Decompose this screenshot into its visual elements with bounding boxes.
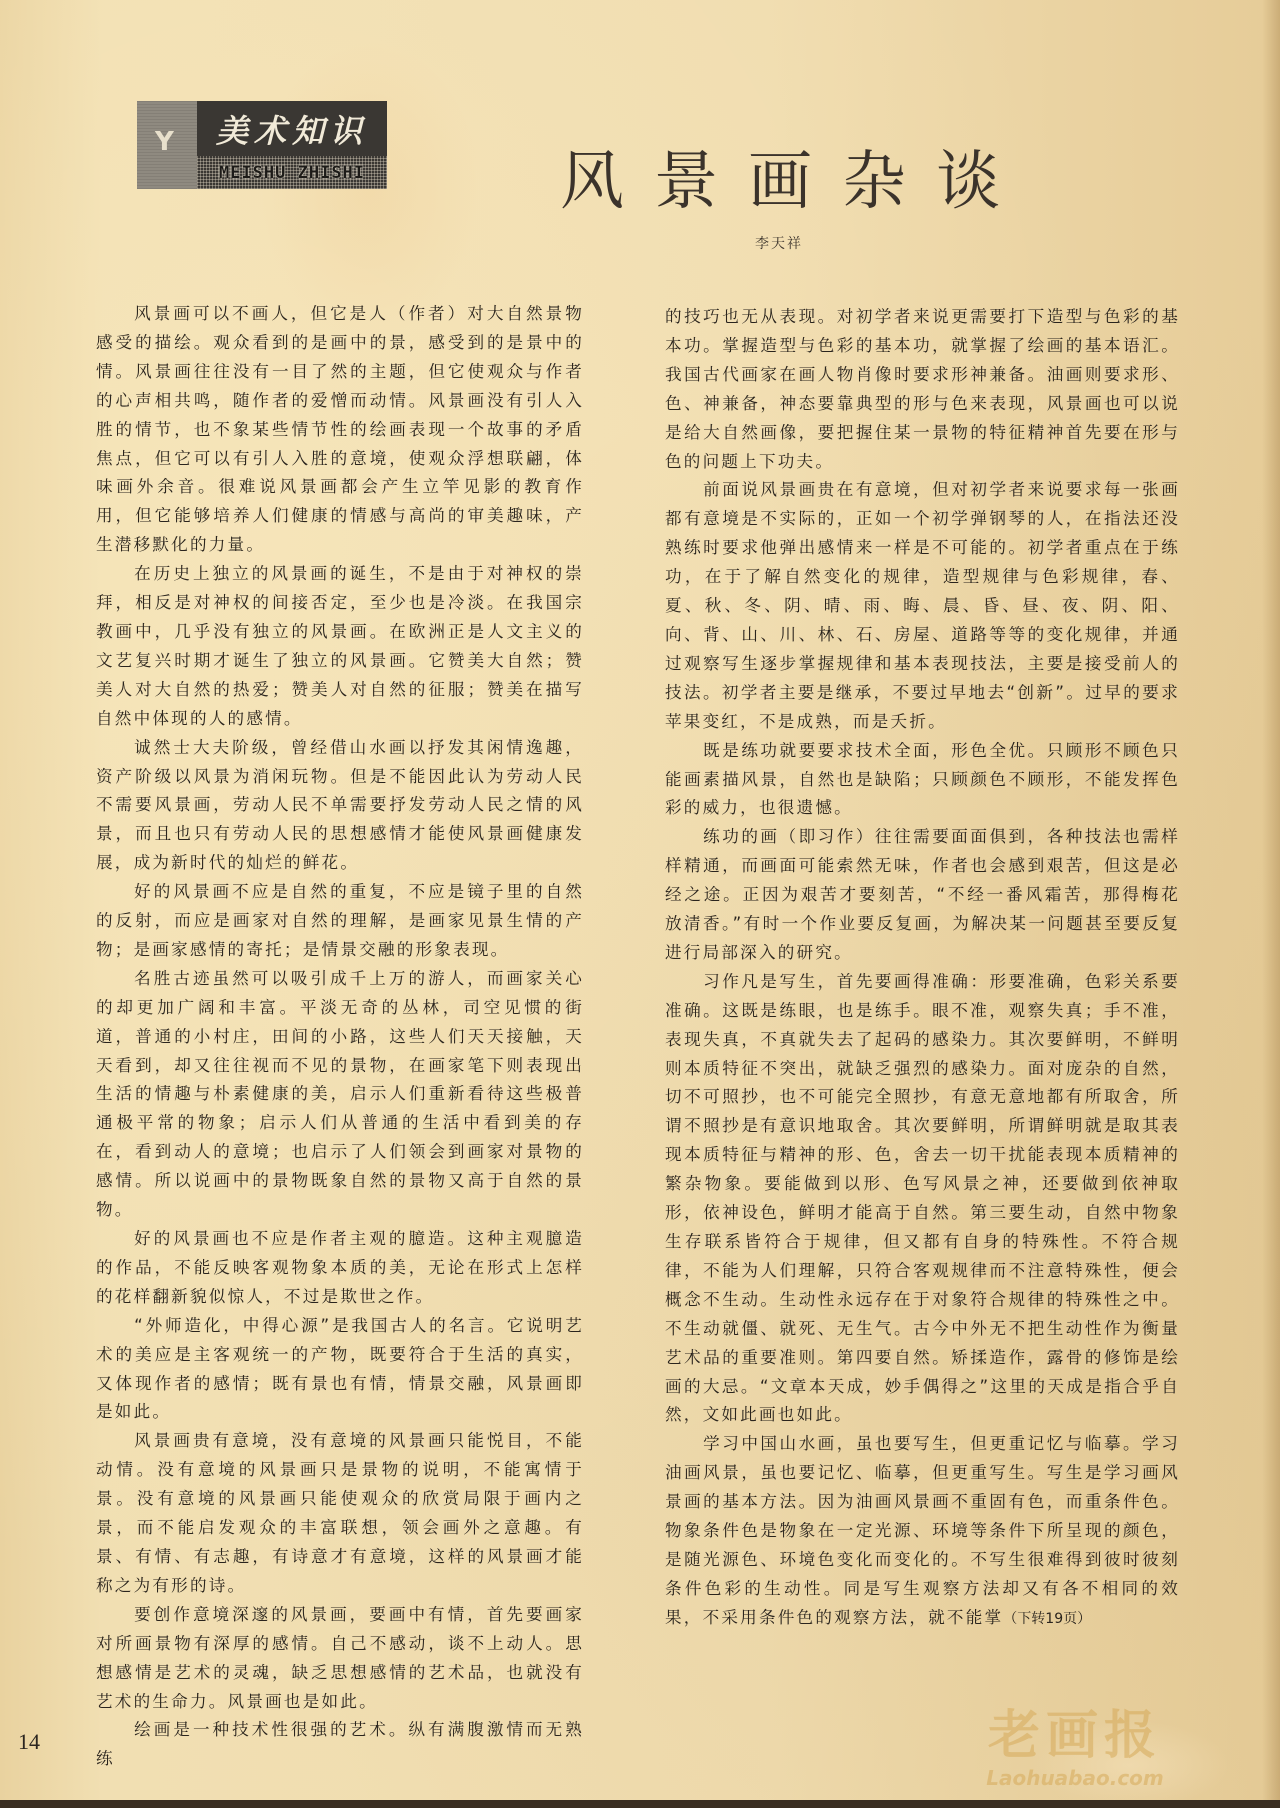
watermark-logo-text: 老画报 — [955, 1706, 1195, 1766]
y-shaped-emblem-icon: Y — [155, 127, 174, 157]
right-column: 的技巧也无从表现。对初学者来说更需要打下造型与色彩的基本功。掌握造型与色彩的基本… — [665, 303, 1180, 1634]
paper-stain — [260, 40, 480, 340]
paragraph: 在历史上独立的风景画的诞生，不是由于对神权的崇拜，相反是对神权的间接否定，至少也… — [96, 560, 584, 733]
logo-emblem: Y — [137, 101, 197, 189]
paragraph: “外师造化，中得心源”是我国古人的名言。它说明艺术的美应是主客观统一的产物，既要… — [96, 1312, 584, 1428]
paragraph: 练功的画（即习作）往往需要面面俱到，各种技法也需样样精通，而画面可能索然无味，作… — [665, 823, 1180, 968]
paragraph: 绘画是一种技术性很强的艺术。纵有满腹激情而无熟练 — [96, 1716, 584, 1774]
paragraph: 的技巧也无从表现。对初学者来说更需要打下造型与色彩的基本功。掌握造型与色彩的基本… — [665, 303, 1180, 476]
paragraph: 诚然士大夫阶级，曾经借山水画以抒发其闲情逸趣，资产阶级以风景为消闲玩物。但是不能… — [96, 734, 584, 879]
paragraph: 学习中国山水画，虽也要写生，但更重记忆与临摹。学习油画风景，虽也要记忆、临摹，但… — [665, 1430, 1180, 1633]
page-number: 14 — [18, 1729, 40, 1755]
paragraph: 风景画可以不画人，但它是人（作者）对大自然景物感受的描绘。观众看到的是画中的景，… — [96, 300, 584, 560]
paragraph: 习作凡是写生，首先要画得准确：形要准确，色彩关系要准确。这既是练眼，也是练手。眼… — [665, 968, 1180, 1431]
article-title: 风景画杂谈 — [560, 130, 1030, 222]
paragraph: 好的风景画也不应是作者主观的臆造。这种主观臆造的作品，不能反映客观物象本质的美，… — [96, 1225, 584, 1312]
paragraph: 好的风景画不应是自然的重复，不应是镜子里的自然的反射，而应是画家对自然的理解，是… — [96, 878, 584, 965]
continuation-note: （下转19页） — [1003, 1611, 1091, 1627]
page-bottom-edge — [0, 1800, 1280, 1808]
paragraph: 前面说风景画贵在有意境，但对初学者来说要求每一张画都有意境是不实际的，正如一个初… — [665, 476, 1180, 736]
left-column: 风景画可以不画人，但它是人（作者）对大自然景物感受的描绘。观众看到的是画中的景，… — [96, 300, 584, 1774]
column-logo: Y 美术知识 MEISHU ZHISHI — [137, 101, 387, 189]
watermark-url: Laohuabao.com — [955, 1766, 1195, 1790]
column-name-pinyin: MEISHU ZHISHI — [197, 156, 387, 189]
page-edge-shadow — [1262, 0, 1280, 1808]
paragraph: 要创作意境深邃的风景画，要画中有情，首先要画家对所画景物有深厚的感情。自己不感动… — [96, 1601, 584, 1717]
article-author: 李天祥 — [755, 233, 803, 253]
paragraph: 名胜古迹虽然可以吸引成千上万的游人，而画家关心的却更加广阔和丰富。平淡无奇的丛林… — [96, 965, 584, 1225]
column-name-chinese: 美术知识 — [197, 101, 387, 156]
watermark: 老画报 Laohuabao.com — [955, 1706, 1195, 1790]
paragraph: 既是练功就要要求技术全面，形色全优。只顾形不顾色只能画素描风景，自然也是缺陷；只… — [665, 737, 1180, 824]
paragraph: 风景画贵有意境，没有意境的风景画只能悦目，不能动情。没有意境的风景画只是景物的说… — [96, 1427, 584, 1600]
